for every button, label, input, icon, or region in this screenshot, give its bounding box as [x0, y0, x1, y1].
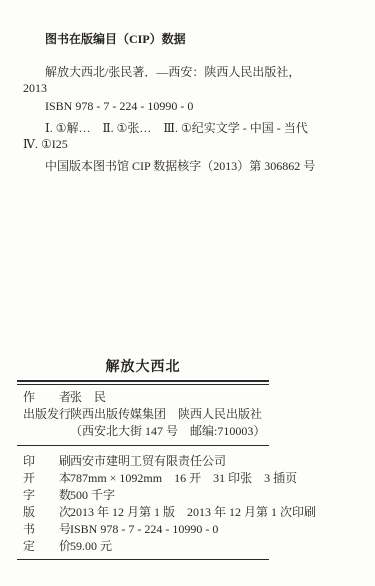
author-value: 张 民	[70, 389, 269, 406]
cip-title-line: 解放大西北/张民著．—西安：陕西人民出版社，	[45, 64, 357, 80]
format-label: 开 本	[23, 470, 70, 487]
word-count-label: 字 数	[23, 487, 70, 504]
format-row: 开 本 787mm × 1092mm 16 开 31 印张 3 插页	[17, 470, 269, 487]
colophon-block: 解放大西北 作 者 张 民 出版发行 陕西出版传媒集团 陕西人民出版社 （西安北…	[17, 359, 269, 560]
edition-label: 版 次	[23, 504, 70, 521]
cip-classification-wrap: Ⅳ. ①I25	[23, 136, 357, 152]
author-label: 作 者	[23, 389, 70, 406]
printer-row: 印 刷 西安市建明工贸有限责任公司	[17, 453, 269, 470]
publisher-value: 陕西出版传媒集团 陕西人民出版社	[70, 406, 269, 423]
publisher-row: 出版发行 陕西出版传媒集团 陕西人民出版社	[17, 406, 269, 423]
word-count-value: 500 千字	[70, 487, 269, 504]
publisher-label: 出版发行	[23, 406, 70, 423]
cip-record-number-line: 中国版本图书馆 CIP 数据核字（2013）第 306862 号	[45, 158, 357, 174]
isbn-value: ISBN 978 - 7 - 224 - 10990 - 0	[70, 521, 269, 538]
format-value: 787mm × 1092mm 16 开 31 印张 3 插页	[70, 470, 297, 487]
edition-row: 版 次 2013 年 12 月第 1 版 2013 年 12 月第 1 次印刷	[17, 504, 269, 521]
printing-rows: 印 刷 西安市建明工贸有限责任公司 开 本 787mm × 1092mm 16 …	[17, 449, 269, 556]
cip-data-block: 图书在版编目（CIP）数据 解放大西北/张民著．—西安：陕西人民出版社， 201…	[23, 31, 357, 174]
book-title: 解放大西北	[17, 359, 269, 377]
cip-isbn-line: ISBN 978 - 7 - 224 - 10990 - 0	[45, 98, 357, 114]
publisher-address-row: （西安北大街 147 号 邮编:710003）	[17, 423, 269, 440]
price-row: 定 价 59.00 元	[17, 538, 269, 555]
cip-title-line-wrap: 2013	[23, 80, 357, 96]
isbn-row: 书 号 ISBN 978 - 7 - 224 - 10990 - 0	[17, 521, 269, 538]
bottom-rule	[17, 559, 269, 560]
single-rule	[17, 445, 269, 446]
publisher-address-label	[23, 423, 70, 440]
isbn-label: 书 号	[23, 521, 70, 538]
printer-value: 西安市建明工贸有限责任公司	[70, 453, 269, 470]
cip-classification-line: Ⅰ. ①解… Ⅱ. ①张… Ⅲ. ①纪实文学 - 中国 - 当代	[45, 120, 357, 136]
price-label: 定 价	[23, 538, 70, 555]
publisher-address-value: （西安北大街 147 号 邮编:710003）	[70, 423, 269, 440]
edition-value: 2013 年 12 月第 1 版 2013 年 12 月第 1 次印刷	[70, 504, 316, 521]
author-row: 作 者 张 民	[17, 389, 269, 406]
cip-heading: 图书在版编目（CIP）数据	[45, 31, 357, 47]
printer-label: 印 刷	[23, 453, 70, 470]
price-value: 59.00 元	[70, 538, 269, 555]
publisher-rows: 作 者 张 民 出版发行 陕西出版传媒集团 陕西人民出版社 （西安北大街 147…	[17, 385, 269, 441]
copyright-page: 图书在版编目（CIP）数据 解放大西北/张民著．—西安：陕西人民出版社， 201…	[0, 0, 375, 586]
word-count-row: 字 数 500 千字	[17, 487, 269, 504]
